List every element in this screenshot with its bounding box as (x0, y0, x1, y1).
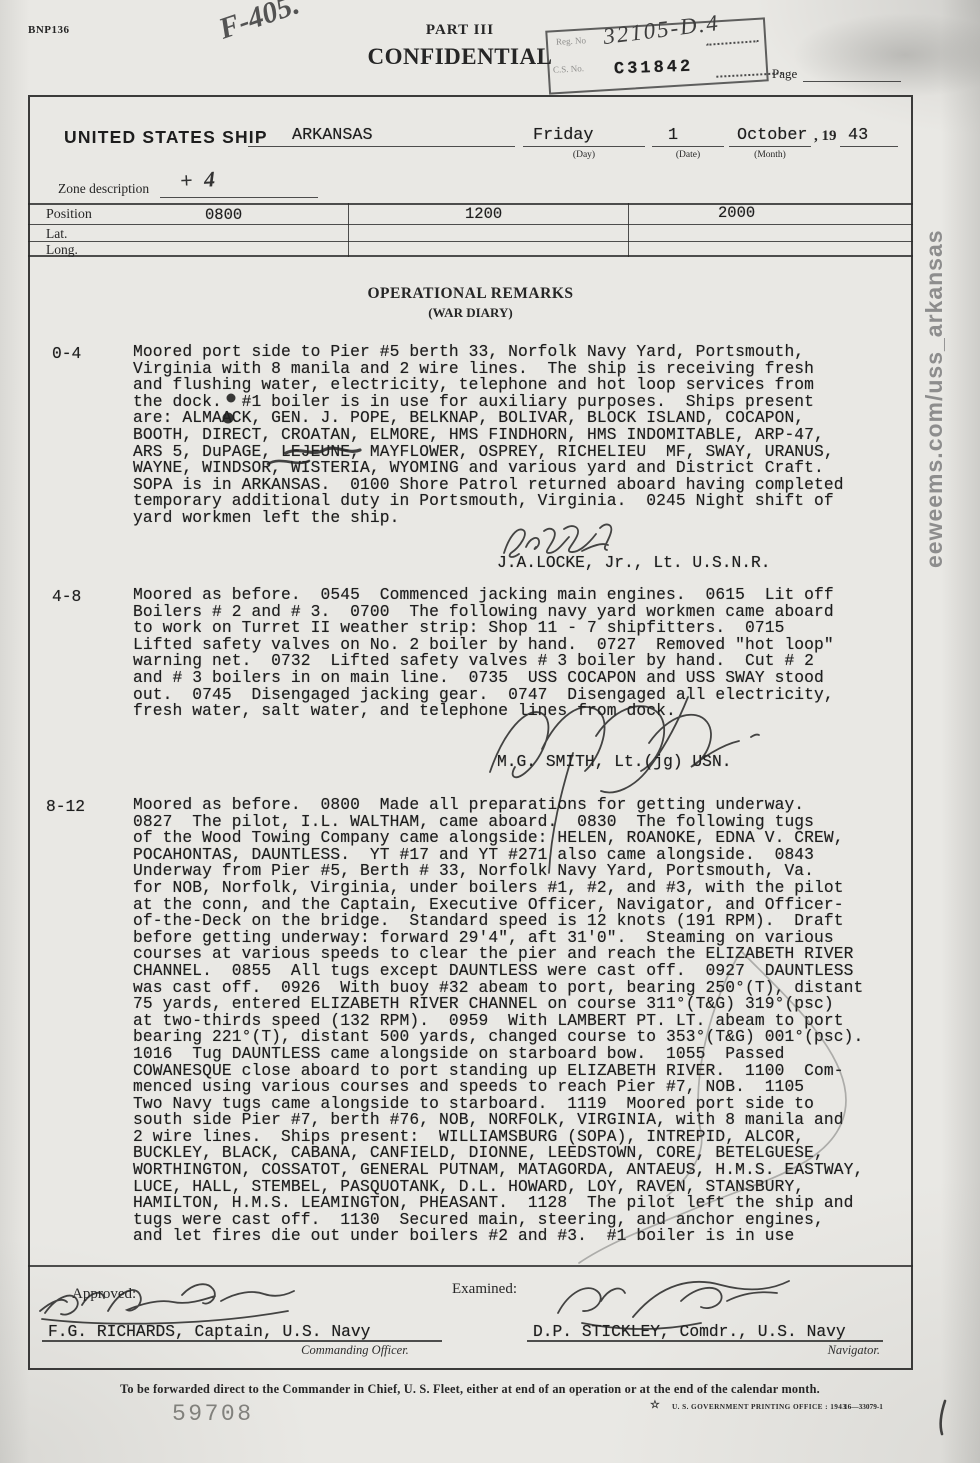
approval-divider-rule (28, 1265, 913, 1267)
month-label: (Month) (729, 150, 811, 160)
form-number: BNP136 (28, 24, 70, 36)
commanding-officer-title: Commanding Officer. (250, 1343, 460, 1358)
zone-description-value: + 4 (179, 166, 218, 194)
position-time-0800: 0800 (205, 206, 242, 224)
year-value: 43 (848, 126, 868, 145)
day-value: Friday (533, 126, 593, 145)
position-table-bottom-rule (28, 255, 913, 257)
position-table-divider-2 (628, 203, 629, 257)
entry-period-0-4: 0-4 (52, 344, 81, 363)
entry-signature-name-locke: J.A.LOCKE, Jr., Lt. U.S.N.R. (497, 553, 771, 572)
day-label: (Day) (523, 150, 645, 160)
ship-form-label: UNITED STATES SHIP (64, 127, 268, 148)
entry-signature-name-smith: M.G. SMITH, Lt.(jg) USN. (497, 752, 732, 771)
date-underline (652, 146, 724, 147)
page-label: Page (772, 66, 797, 82)
registry-stamp-cs-label: C.S. No. (553, 63, 584, 75)
entry-lines-0-4: Moored port side to Pier #5 berth 33, No… (133, 344, 913, 527)
navigator-title: Navigator. (700, 1343, 880, 1358)
handwritten-page-number (941, 1401, 945, 1434)
position-time-2000: 2000 (718, 204, 755, 222)
ship-name: ARKANSAS (292, 126, 373, 145)
position-table-divider-1 (348, 203, 349, 257)
position-row-rule (28, 224, 913, 225)
month-value: October (737, 126, 808, 145)
lat-row-label: Lat. (46, 226, 67, 242)
position-row-label: Position (46, 207, 92, 223)
document-scan: { "watermark": "eeweems.com/uss_arkansas… (0, 0, 980, 1463)
classification-title: CONFIDENTIAL (340, 44, 580, 70)
year-underline (840, 146, 898, 147)
zone-description-label: Zone description (58, 181, 149, 197)
position-time-1200: 1200 (465, 205, 502, 223)
year-prefix: , 19 (814, 128, 837, 145)
date-label: (Date) (652, 150, 724, 160)
registry-stamp-reg-label: Reg. No (556, 35, 586, 47)
long-row-label: Long. (46, 242, 78, 258)
commanding-officer-typed-name: F.G. RICHARDS, Captain, U.S. Navy (48, 1322, 370, 1341)
entry-period-8-12: 8-12 (46, 797, 85, 816)
watermark-text: eeweems.com/uss_arkansas (921, 178, 951, 568)
registry-stamp-cs-value: C31842 (614, 58, 694, 80)
commanding-officer-underline (42, 1340, 442, 1342)
gpo-star-icon: ☆ (650, 1398, 660, 1411)
date-value: 1 (668, 126, 678, 145)
ship-name-underline (248, 146, 515, 147)
month-underline (729, 146, 811, 147)
examined-label: Examined: (452, 1281, 517, 1298)
file-mark-handwritten: F-405. (215, 0, 304, 47)
approved-label: Approved: (72, 1286, 136, 1303)
navigator-typed-name: D.P. STICKLEY, Comdr., U.S. Navy (533, 1322, 846, 1341)
day-underline (523, 146, 645, 147)
part-title: PART III (360, 22, 560, 39)
page-underline (803, 81, 901, 82)
remarks-subtitle: (WAR DIARY) (28, 305, 913, 321)
remarks-title: OPERATIONAL REMARKS (28, 285, 913, 303)
entry-lines-4-8: Moored as before. 0545 Commenced jacking… (133, 587, 913, 720)
forward-note: To be forwarded direct to the Commander … (20, 1382, 920, 1397)
lat-row-rule (28, 241, 913, 242)
serial-stamp: 59708 (172, 1401, 254, 1427)
navigator-underline (527, 1340, 883, 1342)
entry-period-4-8: 4-8 (52, 587, 81, 606)
zone-description-underline (160, 197, 318, 198)
gpo-code: 16—33079-1 (844, 1402, 883, 1411)
gpo-imprint-line: U. S. GOVERNMENT PRINTING OFFICE : 1943 (672, 1402, 846, 1411)
entry-lines-8-12: Moored as before. 0800 Made all preparat… (133, 797, 923, 1245)
